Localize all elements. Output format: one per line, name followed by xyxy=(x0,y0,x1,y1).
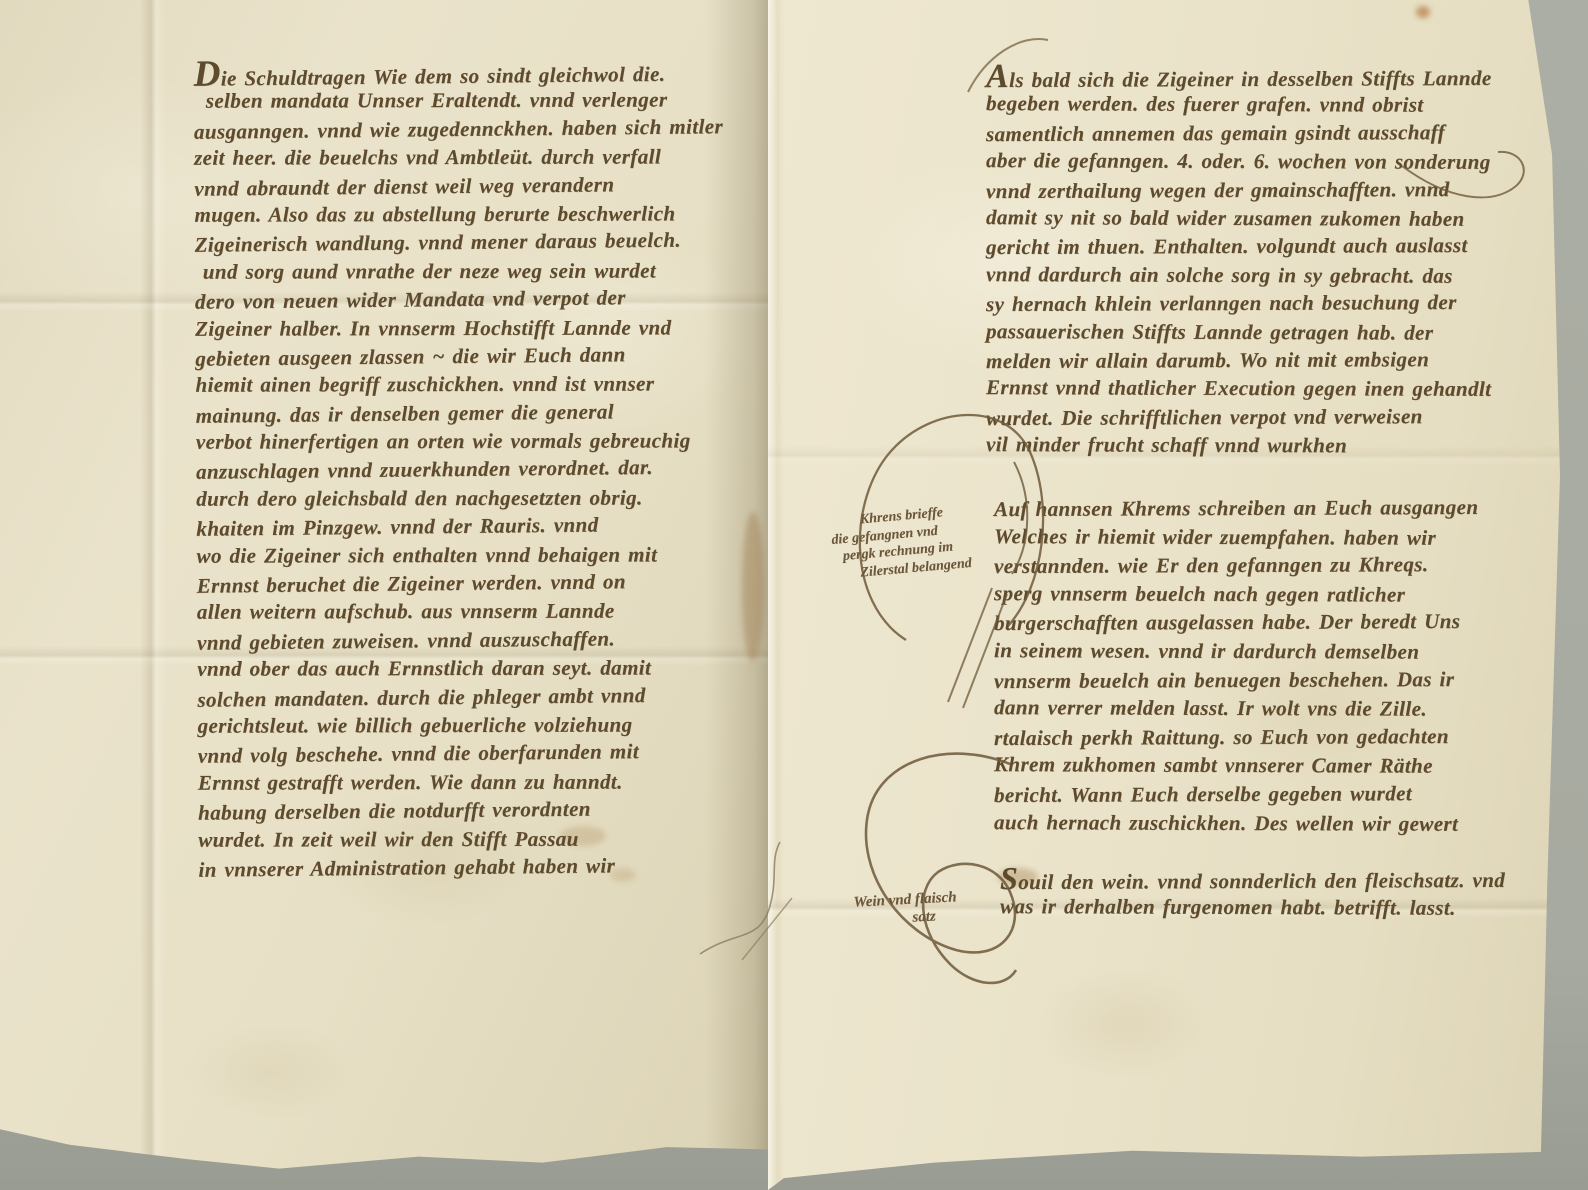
manuscript-photo: Die Schuldtragen Wie dem so sindt gleich… xyxy=(0,0,1588,1190)
manuscript-line: Zigeiner halber. In vnnserm Hochstifft L… xyxy=(195,313,724,343)
manuscript-line: verstannden. wie Er den gefanngen zu Khr… xyxy=(994,550,1478,581)
manuscript-line: Die Schuldtragen Wie dem so sindt gleich… xyxy=(193,55,722,89)
manuscript-line: selben mandata Unnser Eraltendt. vnnd ve… xyxy=(194,86,723,116)
manuscript-line: und sorg aund vnrathe der neze weg sein … xyxy=(195,256,724,286)
manuscript-line: samentlich annemen das gemain gsindt aus… xyxy=(986,118,1492,149)
manuscript-page-left: Die Schuldtragen Wie dem so sindt gleich… xyxy=(0,0,775,1190)
manuscript-line: aber die gefanngen. 4. oder. 6. wochen v… xyxy=(986,146,1492,176)
manuscript-line: auch hernach zuschickhen. Des wellen wir… xyxy=(994,808,1478,838)
manuscript-line: Ernnst vnnd thatlicher Execution gegen i… xyxy=(986,373,1492,403)
manuscript-line: hiemit ainen begriff zuschickhen. vnnd i… xyxy=(195,370,724,400)
manuscript-line: vnnd zerthailung wegen der gmainschaffte… xyxy=(986,174,1492,205)
manuscript-line: zeit heer. die beuelchs vnd Ambtleüt. du… xyxy=(194,142,723,172)
manuscript-line: mugen. Also das zu abstellung berurte be… xyxy=(194,199,723,229)
manuscript-line: Ernnst gestrafft werden. Wie dann zu han… xyxy=(198,767,727,797)
manuscript-line: in vnnserer Administration gehabt haben … xyxy=(198,850,727,884)
manuscript-line: vnnd ober das auch Ernnstlich daran seyt… xyxy=(197,654,726,684)
ink-stain xyxy=(1416,6,1430,18)
manuscript-line: gebieten ausgeen zlassen ~ die wir Euch … xyxy=(195,339,724,373)
manuscript-line: damit sy nit so bald wider zusamen zukom… xyxy=(986,203,1492,233)
manuscript-line: begeben werden. des fuerer grafen. vnnd … xyxy=(986,90,1492,120)
manuscript-line: Als bald sich die Zigeiner in desselben … xyxy=(986,61,1492,92)
manuscript-line: habung derselben die notdurfft verordnte… xyxy=(198,793,727,827)
manuscript-line: rtalaisch perkh Raittung. so Euch von ge… xyxy=(994,722,1478,753)
manuscript-line: sperg vnnserm beuelch nach gegen ratlich… xyxy=(994,579,1478,609)
manuscript-line: Ernnst beruchet die Zigeiner werden. vnn… xyxy=(197,566,726,600)
manuscript-line: vnnd gebieten zuweisen. vnnd auszuschaff… xyxy=(197,623,726,657)
manuscript-line: melden wir allain darumb. Wo nit mit emb… xyxy=(986,345,1492,376)
manuscript-line: dero von neuen wider Mandata vnd verpot … xyxy=(195,282,724,316)
right-page-paragraph-3: Souil den wein. vnnd sonnderlich den fle… xyxy=(1000,862,1505,922)
manuscript-line: was ir derhalben furgenomen habt. betrif… xyxy=(1000,891,1505,923)
manuscript-line: passauerischen Stiffts Lannde getragen h… xyxy=(986,317,1492,347)
manuscript-line: allen weitern aufschub. aus vnnserm Lann… xyxy=(197,597,726,627)
manuscript-line: wurdet. Die schrifftlichen verpot vnd ve… xyxy=(986,402,1492,433)
right-page-paragraph-2: Auf hannsen Khrems schreiben an Euch aus… xyxy=(994,494,1478,837)
manuscript-line: vnnserm beuelch ain benuegen beschehen. … xyxy=(994,665,1478,696)
manuscript-line: gericht im thuen. Enthalten. volgundt au… xyxy=(986,231,1492,262)
manuscript-line: Khrem zukhomen sambt vnnserer Camer Räth… xyxy=(994,750,1478,780)
manuscript-line: vnnd abraundt der dienst weil weg verand… xyxy=(194,169,723,203)
manuscript-line: gerichtsleut. wie billich gebuerliche vo… xyxy=(198,710,727,740)
margin-note-wein-flaisch: Wein vnd flaischsatz xyxy=(853,889,958,929)
manuscript-line: wurdet. In zeit weil wir den Stifft Pass… xyxy=(198,824,727,854)
right-page-paragraph-1: Als bald sich die Zigeiner in desselben … xyxy=(986,62,1492,459)
manuscript-line: solchen mandaten. durch die phleger ambt… xyxy=(197,680,726,714)
left-page-text: Die Schuldtragen Wie dem so sindt gleich… xyxy=(193,56,727,883)
manuscript-line: vnnd dardurch ain solche sorg in sy gebr… xyxy=(986,260,1492,290)
manuscript-line: Auf hannsen Khrems schreiben an Euch aus… xyxy=(994,493,1478,524)
margin-note-zillertal: Khrens brieffedie gefangnen vndpergk rec… xyxy=(829,502,972,584)
manuscript-line: ausganngen. vnnd wie zugedennckhen. habe… xyxy=(194,112,723,146)
manuscript-line: durch dero gleichsbald den nachgesetzten… xyxy=(196,483,725,513)
manuscript-line: sy hernach khlein verlanngen nach besuch… xyxy=(986,288,1492,319)
manuscript-line: khaiten im Pinzgew. vnnd der Rauris. vnn… xyxy=(196,509,725,543)
fold-crease xyxy=(140,0,166,1190)
manuscript-line: burgerschafften ausgelassen habe. Der be… xyxy=(994,607,1478,638)
manuscript-line: anzuschlagen vnnd zuuerkhunden verordnet… xyxy=(196,453,725,487)
manuscript-line: mainung. das ir denselben gemer die gene… xyxy=(196,396,725,430)
manuscript-line: verbot hinerfertigen an orten wie vormal… xyxy=(196,426,725,456)
manuscript-line: Souil den wein. vnnd sonnderlich den fle… xyxy=(1000,861,1505,893)
manuscript-line: Zigeinerisch wandlung. vnnd mener daraus… xyxy=(194,226,723,260)
manuscript-line: wo die Zigeiner sich enthalten vnnd beha… xyxy=(196,540,725,570)
manuscript-line: bericht. Wann Euch derselbe gegeben wurd… xyxy=(994,779,1478,810)
page-edge-highlight xyxy=(768,0,784,1190)
manuscript-line: vil minder frucht schaff vnnd wurkhen xyxy=(986,430,1492,460)
manuscript-page-right: Als bald sich die Zigeiner in desselben … xyxy=(768,0,1560,1190)
margin-note-line: satz xyxy=(912,907,958,927)
manuscript-line: in seinem wesen. vnnd ir dardurch demsel… xyxy=(994,636,1478,666)
manuscript-line: Welches ir hiemit wider zuempfahen. habe… xyxy=(994,522,1478,552)
manuscript-line: vnnd volg beschehe. vnnd die oberfarunde… xyxy=(198,737,727,771)
manuscript-line: dann verrer melden lasst. Ir wolt vns di… xyxy=(994,693,1478,723)
